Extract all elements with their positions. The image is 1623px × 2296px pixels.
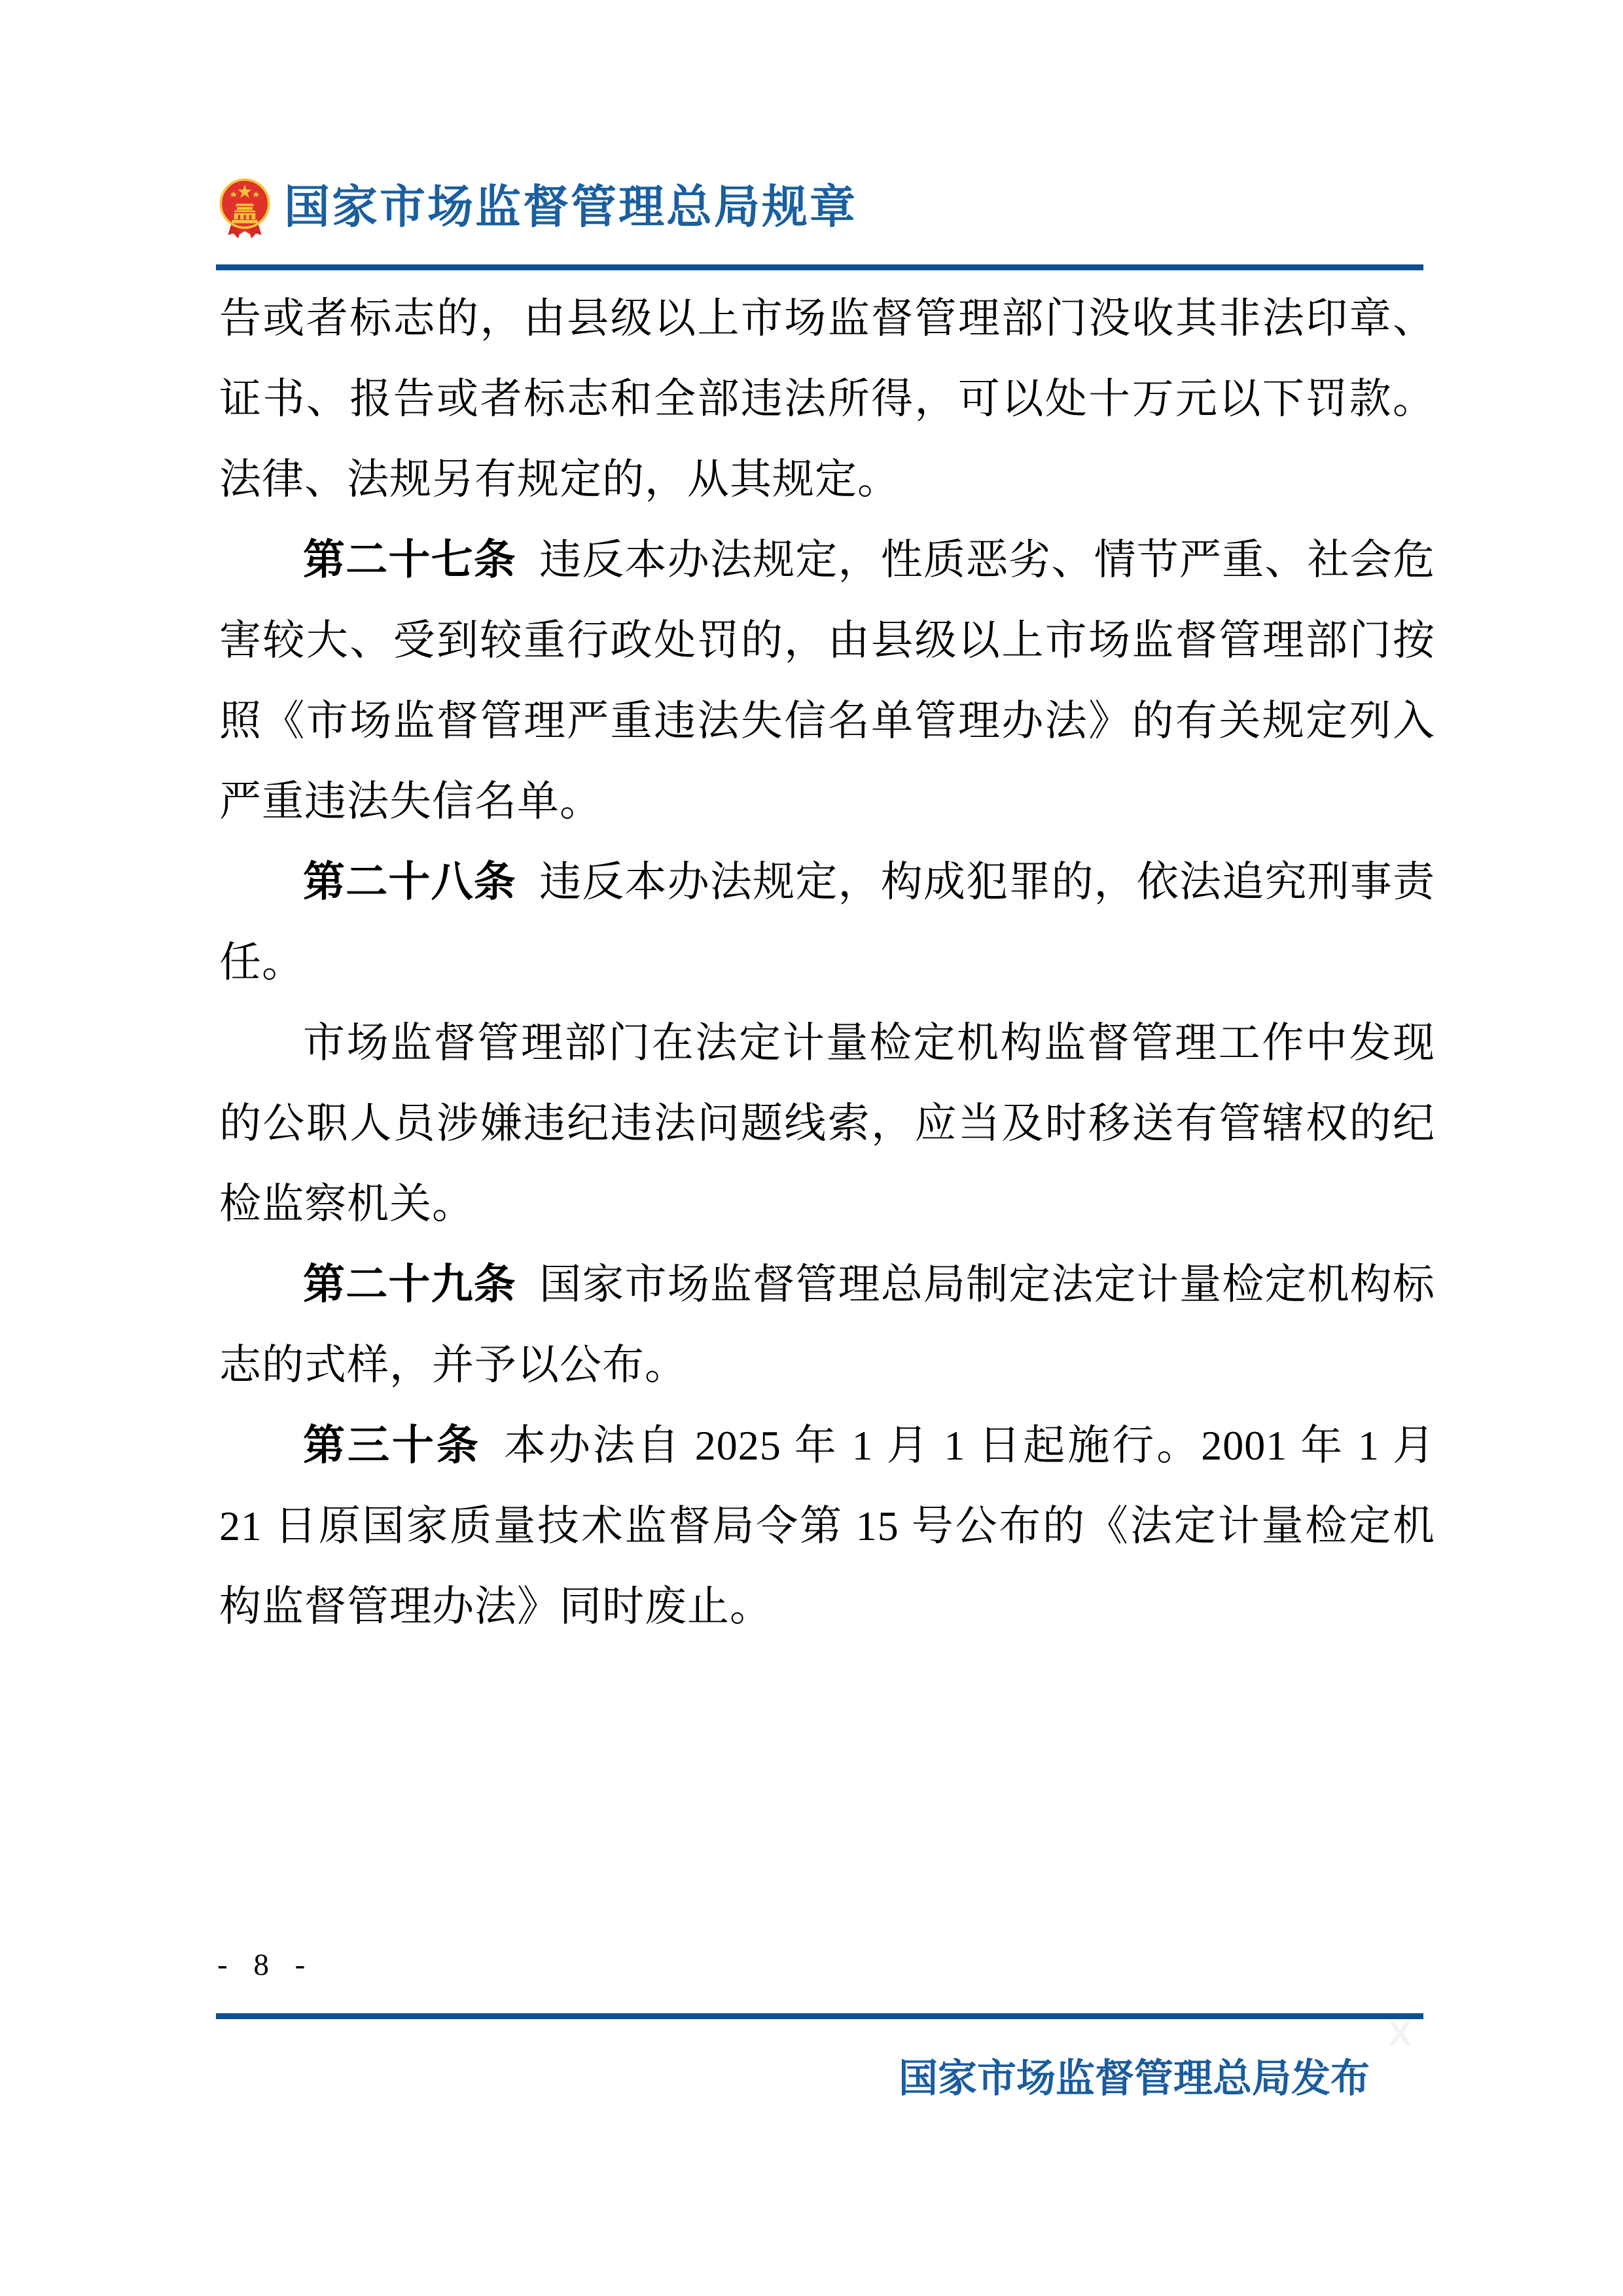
page-number: - 8 - [217,1945,314,1984]
national-emblem-icon [216,177,274,240]
article-number: 第二十八条 [303,858,516,905]
paragraph: 第二十九条国家市场监督管理总局制定法定计量检定机构标志的式样，并予以公布。 [219,1244,1435,1405]
body-text: 告或者标志的，由县级以上市场监督管理部门没收其非法印章、证书、报告或者标志和全部… [219,278,1435,1647]
paragraph: 市场监督管理部门在法定计量检定机构监督管理工作中发现的公职人员涉嫌违纪违法问题线… [219,1003,1435,1244]
paragraph-text: 告或者标志的，由县级以上市场监督管理部门没收其非法印章、证书、报告或者标志和全部… [219,295,1435,503]
footer-rule [216,2013,1423,2019]
page-title: 国家市场监督管理总局规章 [284,177,857,240]
paragraph: 第二十七条违反本办法规定，性质恶劣、情节严重、社会危害较大、受到较重行政处罚的，… [219,520,1435,842]
article-number: 第二十九条 [303,1261,516,1308]
article-number: 第二十七条 [303,536,516,583]
publisher-label: 国家市场监督管理总局发布 [899,2055,1370,2102]
document-page: 国家市场监督管理总局规章 告或者标志的，由县级以上市场监督管理部门没收其非法印章… [0,0,1623,2296]
header-rule [216,264,1423,270]
article-number: 第三十条 [303,1422,481,1469]
paragraph: 告或者标志的，由县级以上市场监督管理部门没收其非法印章、证书、报告或者标志和全部… [219,278,1435,520]
faint-x-mark: X [1389,2017,1412,2051]
paragraph: 第三十条本办法自 2025 年 1 月 1 日起施行。2001 年 1 月 21… [219,1405,1435,1647]
paragraph: 第二十八条违反本办法规定，构成犯罪的，依法追究刑事责任。 [219,842,1435,1003]
page-header: 国家市场监督管理总局规章 [216,169,1433,247]
paragraph-text: 市场监督管理部门在法定计量检定机构监督管理工作中发现的公职人员涉嫌违纪违法问题线… [219,1020,1435,1227]
